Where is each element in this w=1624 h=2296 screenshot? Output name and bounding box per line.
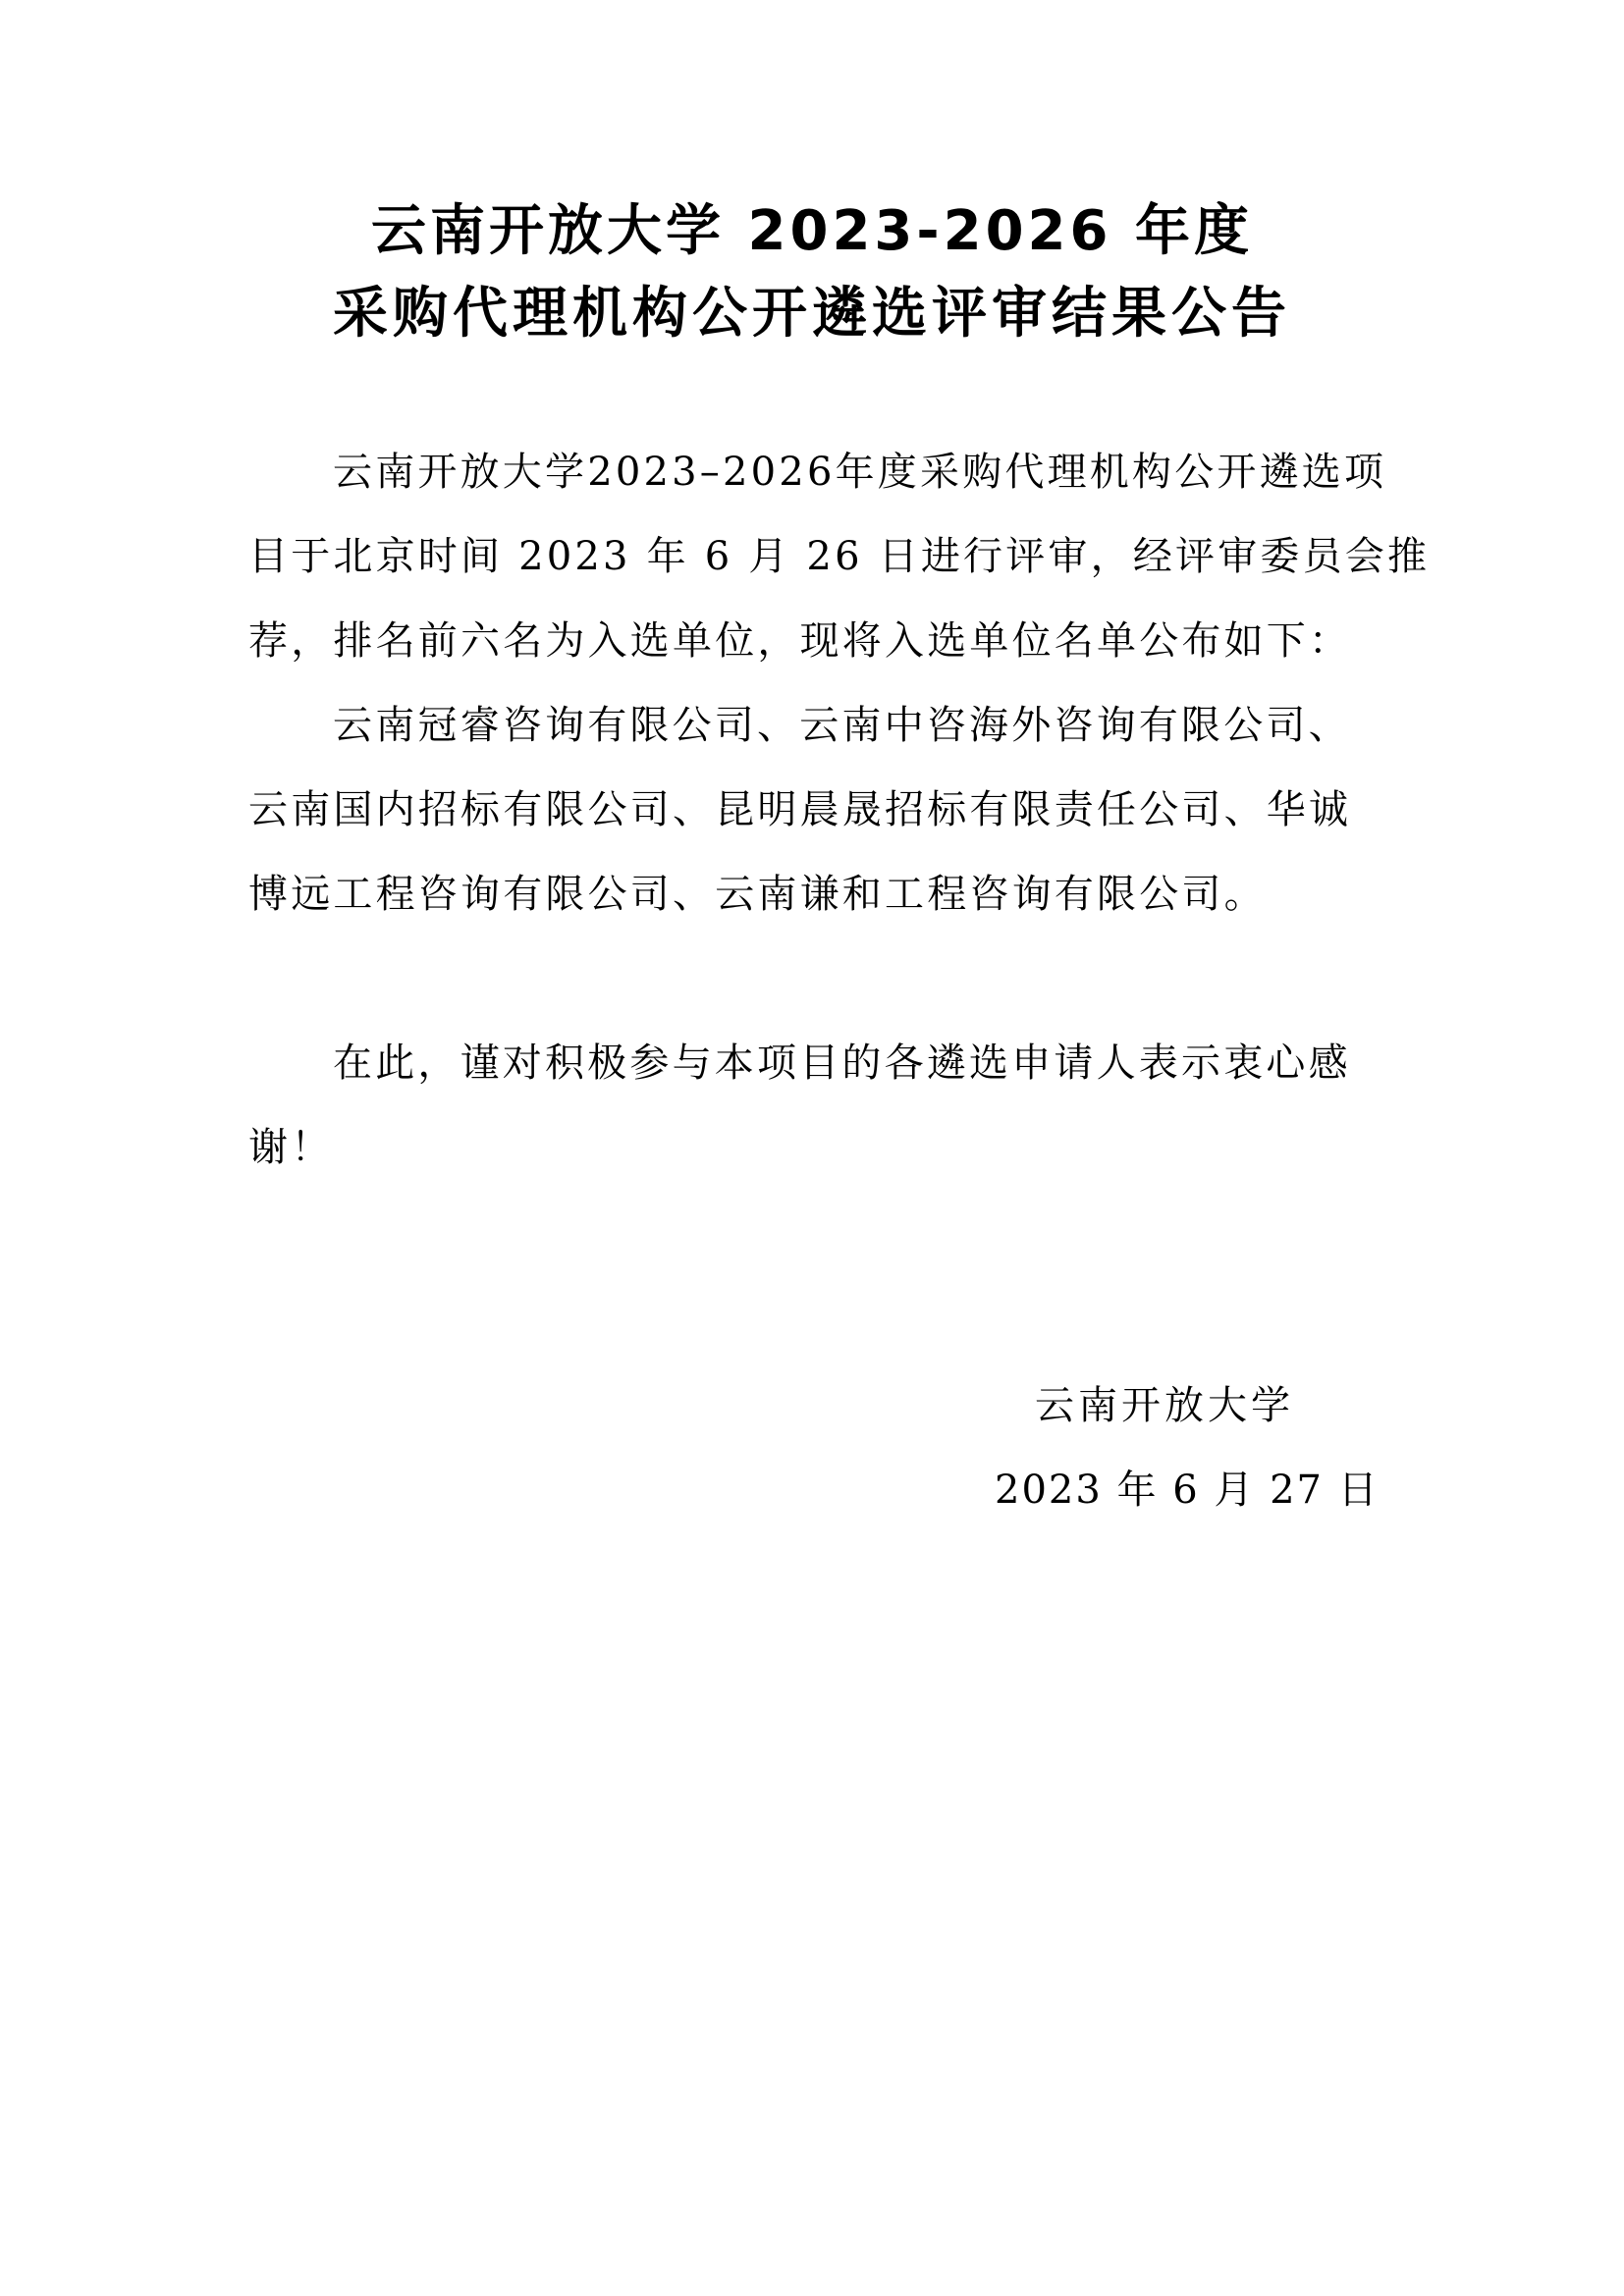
- signature-date: 2023 年 6 月 27 日: [995, 1470, 1380, 1510]
- document-title-line-1: 云南开放大学 2023-2026 年度: [0, 204, 1624, 259]
- paragraph-line: 在此，谨对积极参与本项目的各遴选申请人表示衷心感: [248, 1021, 1387, 1105]
- paragraph-selected-units: 云南冠睿咨询有限公司、云南中咨海外咨询有限公司、 云南国内招标有限公司、昆明晨晟…: [248, 683, 1387, 936]
- paragraph-announcement: 云南开放大学2023–2026年度采购代理机构公开遴选项 目于北京时间 2023…: [248, 430, 1387, 683]
- paragraph-line: 谢！: [248, 1105, 1387, 1190]
- paragraph-line: 目于北京时间 2023 年 6 月 26 日进行评审，经评审委员会推: [248, 514, 1387, 599]
- paragraph-line: 荐，排名前六名为入选单位，现将入选单位名单公布如下：: [248, 599, 1387, 683]
- paragraph-line: 云南开放大学2023–2026年度采购代理机构公开遴选项: [248, 430, 1387, 514]
- document-page: 云南开放大学 2023-2026 年度 采购代理机构公开遴选评审结果公告 云南开…: [0, 0, 1624, 2296]
- signature-organization: 云南开放大学: [1035, 1386, 1294, 1425]
- paragraph-line: 博远工程咨询有限公司、云南谦和工程咨询有限公司。: [248, 852, 1387, 936]
- paragraph-thanks: 在此，谨对积极参与本项目的各遴选申请人表示衷心感 谢！: [248, 1021, 1387, 1190]
- document-title-line-2: 采购代理机构公开遴选评审结果公告: [0, 287, 1624, 342]
- paragraph-line: 云南冠睿咨询有限公司、云南中咨海外咨询有限公司、: [248, 683, 1387, 768]
- paragraph-line: 云南国内招标有限公司、昆明晨晟招标有限责任公司、华诚: [248, 768, 1387, 852]
